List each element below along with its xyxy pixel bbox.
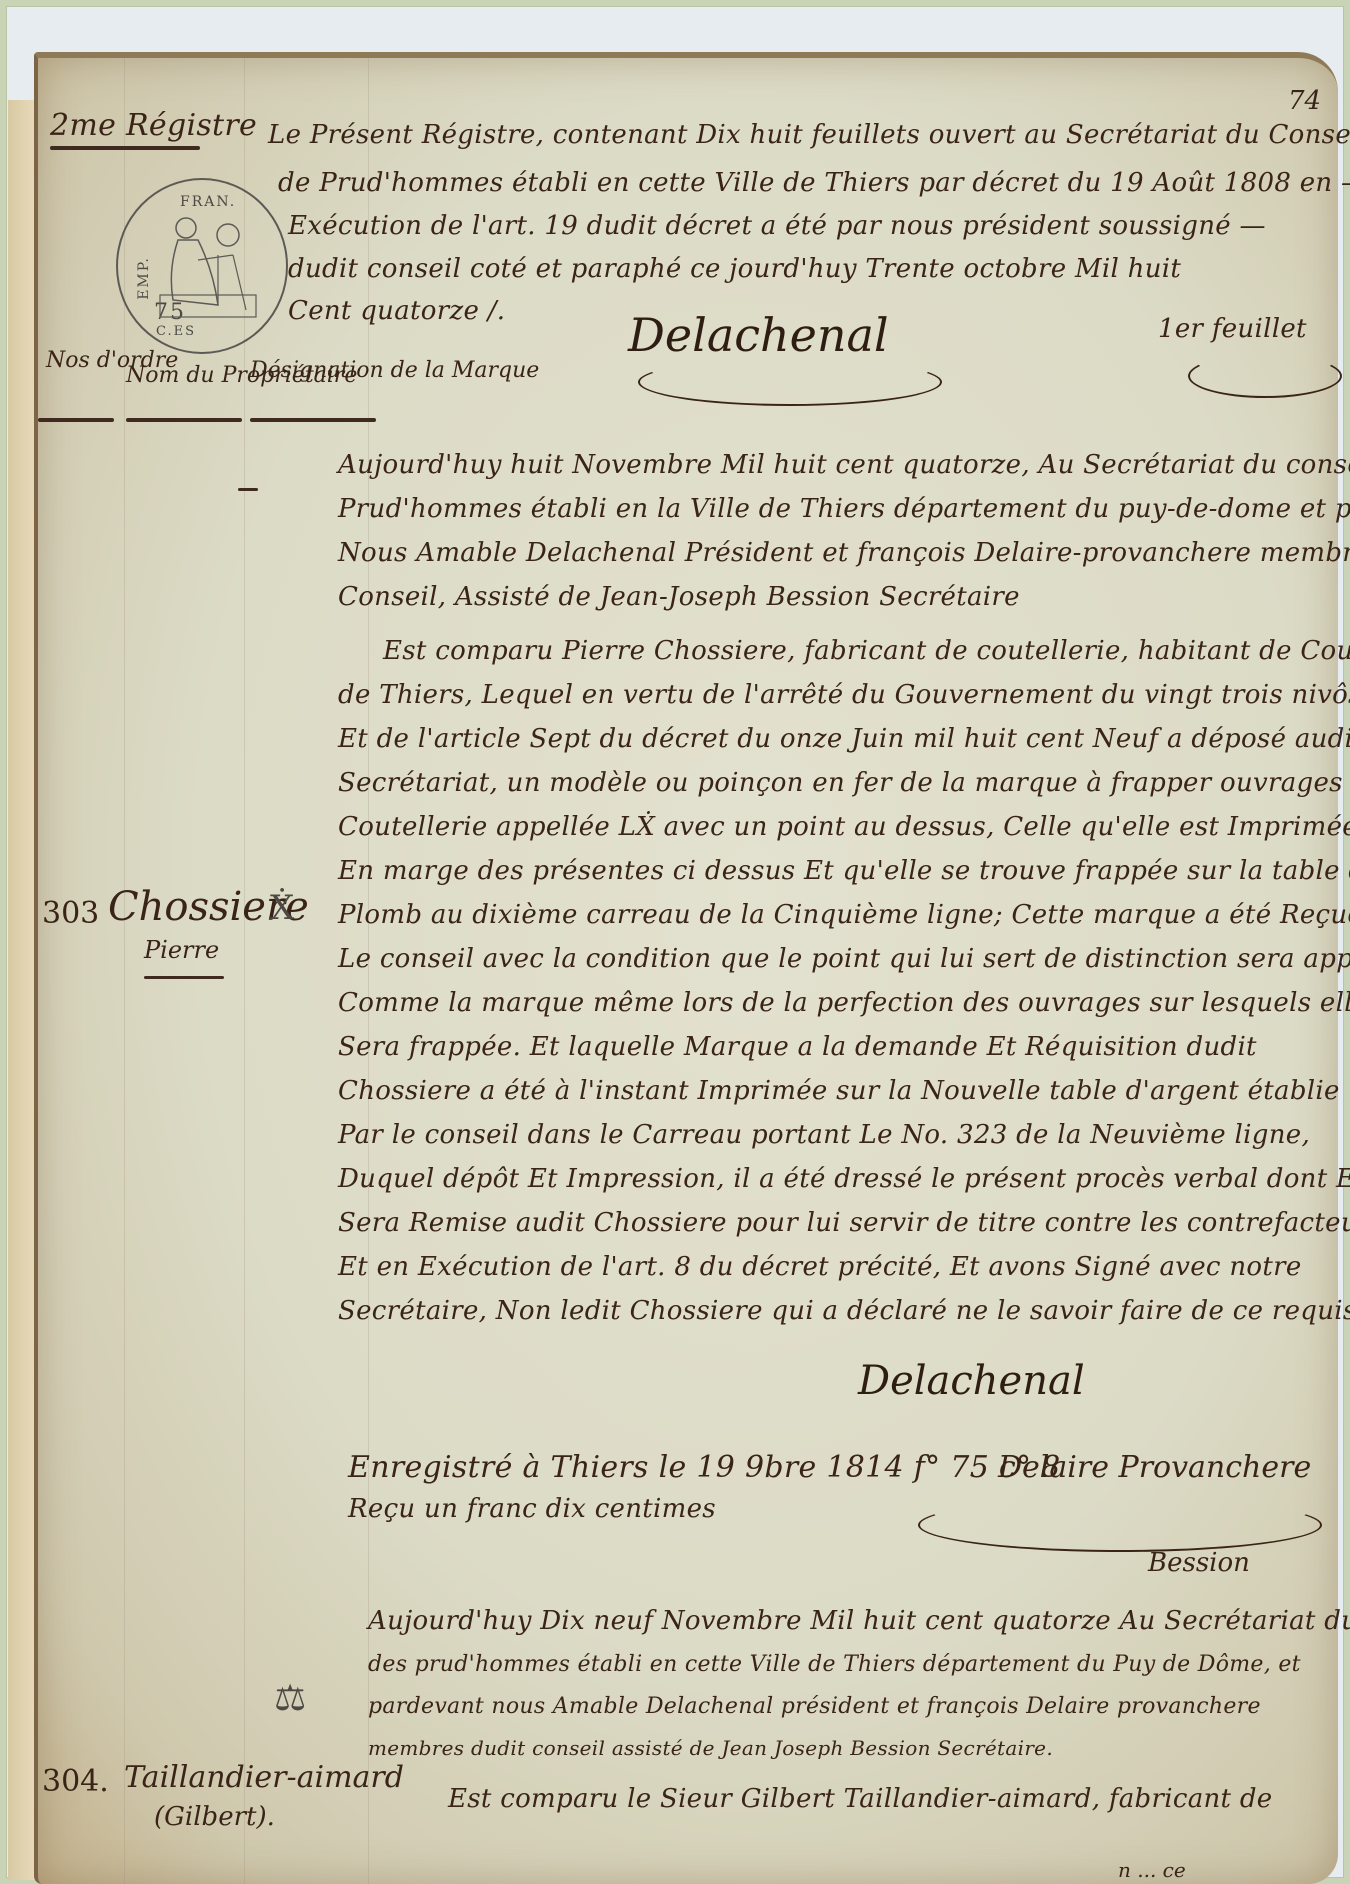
signature-flourish — [638, 358, 942, 406]
header-underline — [250, 418, 376, 422]
owner-given-name: (Gilbert). — [154, 1802, 275, 1832]
text-line: En marge des présentes ci dessus Et qu'e… — [338, 856, 1350, 886]
column-rule — [124, 58, 125, 1884]
stamp-text-top: FRAN. — [180, 194, 236, 210]
owner-given-name: Pierre — [144, 936, 219, 964]
column-header-mark: Désignation de la Marque — [250, 358, 374, 384]
entry-number: 304. — [42, 1764, 109, 1799]
register-label-underline — [50, 146, 200, 150]
text-line: Nous Amable Delachenal Président et fran… — [338, 538, 1350, 568]
text-line: pardevant nous Amable Delachenal préside… — [368, 1694, 1261, 1719]
paraph-flourish — [1188, 354, 1342, 398]
text-line: Et de l'article Sept du décret du onze J… — [338, 724, 1350, 754]
page-bottom-fragment: n ... ce — [1118, 1858, 1186, 1882]
owner-surname: Taillandier-aimard — [124, 1760, 404, 1795]
column-header-owner: Nom du Propriétaire — [126, 363, 242, 389]
column-header-number: Nos d'ordre — [46, 348, 122, 374]
text-line: Sera frappée. Et laquelle Marque a la de… — [338, 1032, 1257, 1062]
certification-line: Exécution de l'art. 19 dudit décret a ét… — [288, 211, 1266, 241]
text-line: Plomb au dixième carreau de la Cinquième… — [338, 900, 1350, 930]
text-line: membres dudit conseil assisté de Jean Jo… — [368, 1736, 1053, 1760]
signature-flourish — [918, 1498, 1322, 1552]
text-line: Coutellerie appellée LẊ avec un point au… — [338, 812, 1350, 842]
text-line: Conseil, Assisté de Jean-Joseph Bession … — [338, 582, 1020, 612]
text-line: Est comparu Pierre Chossiere, fabricant … — [383, 636, 1350, 666]
certification-line: dudit conseil coté et paraphé ce jourd'h… — [288, 254, 1181, 284]
text-line: Aujourd'huy huit Novembre Mil huit cent … — [338, 450, 1350, 480]
text-line: Par le conseil dans le Carreau portant L… — [338, 1120, 1310, 1150]
signature-bession: Bession — [1148, 1548, 1250, 1578]
signature-delaire: Delaire Provanchere — [998, 1450, 1311, 1485]
signature-delachenal: Delachenal — [858, 1358, 1085, 1404]
text-line: Le conseil avec la condition que le poin… — [338, 944, 1350, 974]
text-line: Sera Remise audit Chossiere pour lui ser… — [338, 1208, 1350, 1238]
register-label: 2me Régistre — [50, 108, 257, 143]
text-line: Duquel dépôt Et Impression, il a été dre… — [338, 1164, 1350, 1194]
header-underline — [38, 418, 114, 422]
registration-note: Reçu un franc dix centimes — [348, 1494, 716, 1524]
text-line: Secrétariat, un modèle ou poinçon en fer… — [338, 768, 1350, 798]
text-line: Secrétaire, Non ledit Chossiere qui a dé… — [338, 1296, 1350, 1326]
stamp-unit: C.ES — [156, 324, 196, 339]
text-line: des prud'hommes établi en cette Ville de… — [368, 1652, 1301, 1677]
certification-line: Cent quatorze /. — [288, 296, 505, 326]
text-line: Est comparu le Sieur Gilbert Taillandier… — [448, 1784, 1273, 1814]
corner-folio-mark: 74 — [1288, 86, 1321, 116]
stamp-text-left: EMP. — [136, 256, 152, 300]
registration-note: Enregistré à Thiers le 19 9bre 1814 f° 7… — [348, 1450, 1061, 1485]
text-line: de Thiers, Lequel en vertu de l'arrêté d… — [338, 680, 1350, 710]
allegory-figure-icon — [158, 210, 258, 320]
entry-number: 303 — [42, 896, 99, 931]
text-line: Aujourd'huy Dix neuf Novembre Mil huit c… — [368, 1606, 1350, 1636]
text-line: Chossiere a été à l'instant Imprimée sur… — [338, 1076, 1340, 1106]
revenue-stamp-icon: FRAN. EMP. 75 C.ES — [116, 178, 288, 354]
register-page: 2me Régistre 74 Le Présent Régistre, con… — [34, 52, 1338, 1884]
text-line: Prud'hommes établi en la Ville de Thiers… — [338, 494, 1350, 524]
certification-line: Le Présent Régistre, contenant Dix huit … — [268, 120, 1350, 150]
text-line: Comme la marque même lors de la perfecti… — [338, 988, 1350, 1018]
mark-symbol: Ẋ — [270, 888, 294, 928]
scales-mark-icon: ⚖ — [274, 1678, 306, 1719]
header-underline — [126, 418, 242, 422]
blank-dash — [238, 488, 258, 491]
signature-delachenal: Delachenal — [628, 308, 889, 362]
owner-underline — [144, 976, 224, 979]
text-line: Et en Exécution de l'art. 8 du décret pr… — [338, 1252, 1302, 1282]
certification-line: de Prud'hommes établi en cette Ville de … — [278, 168, 1350, 198]
folio-note: 1er feuillet — [1158, 314, 1307, 344]
